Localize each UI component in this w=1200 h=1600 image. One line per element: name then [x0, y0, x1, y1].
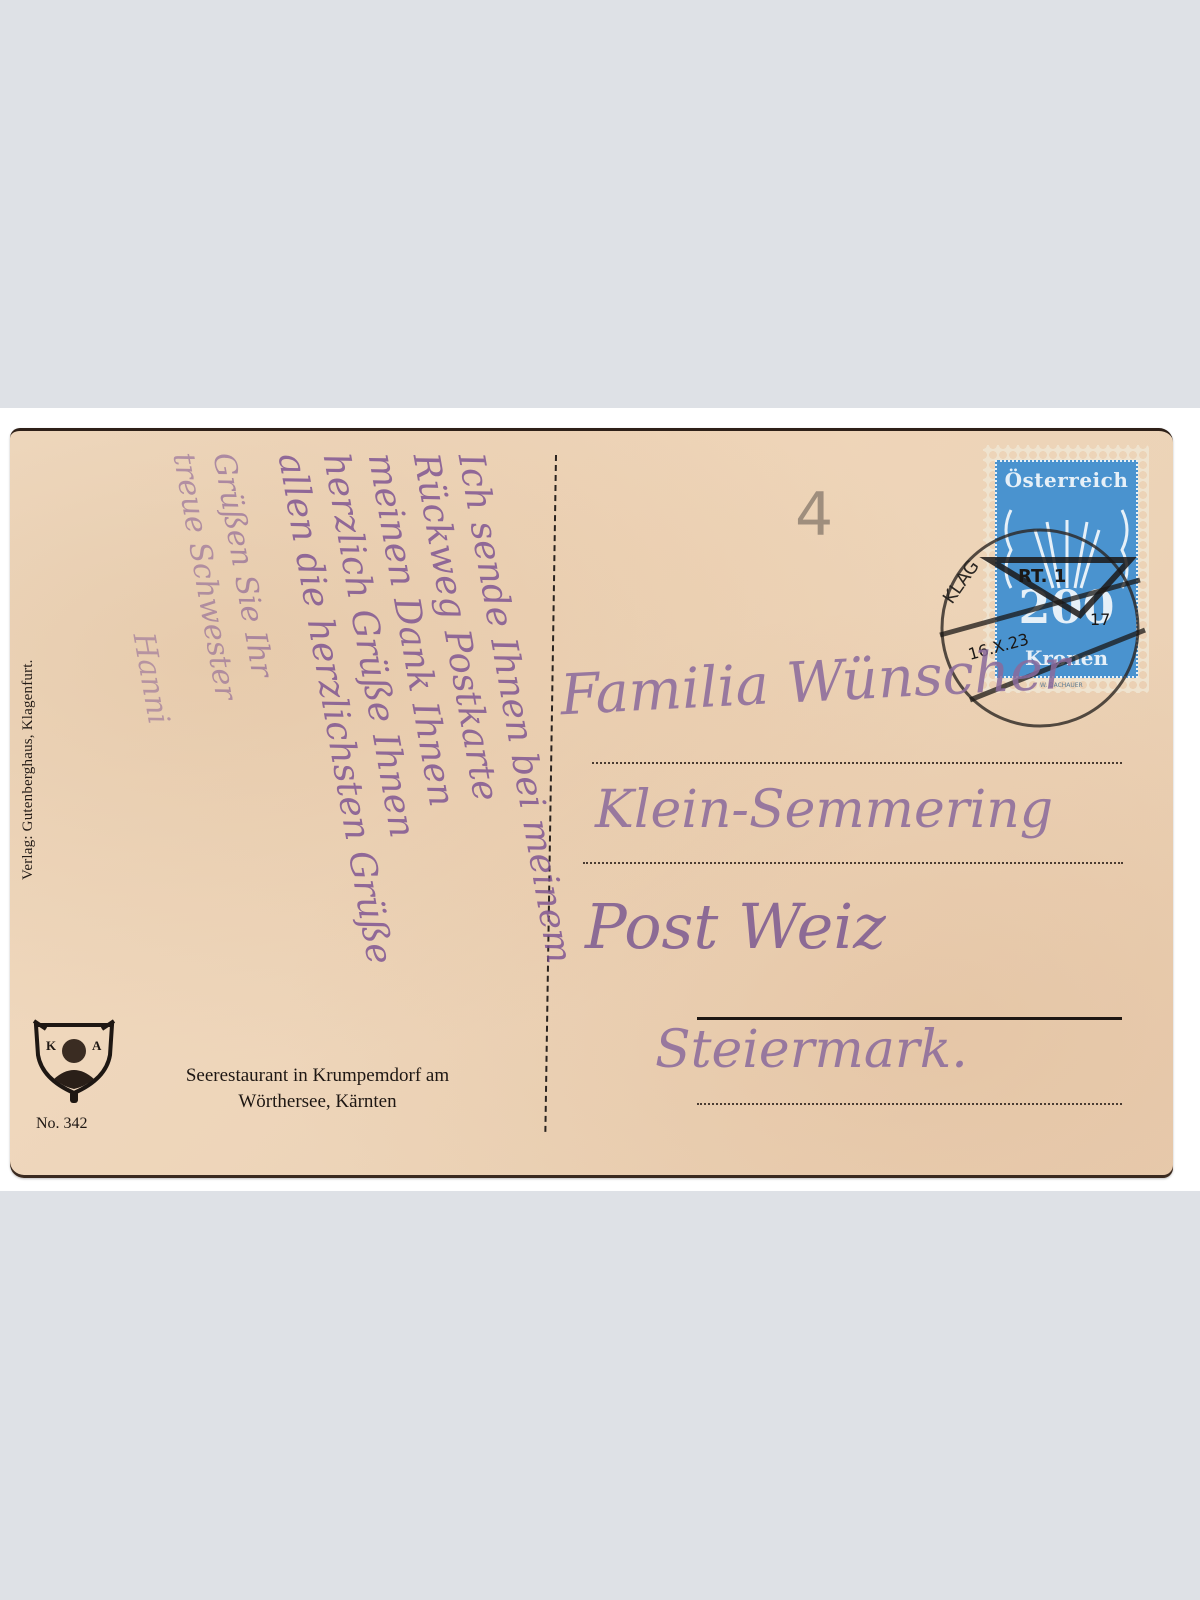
caption-line-2: Wörthersee, Kärnten — [125, 1089, 510, 1115]
pencil-note: 4 — [795, 480, 833, 550]
card-number: No. 342 — [36, 1115, 88, 1133]
caption-line-1: Seerestaurant in Krumpemdorf am — [125, 1063, 510, 1089]
address-locality: Klein-Semmering — [595, 780, 1053, 840]
crest-shield-icon: K A — [30, 1015, 118, 1105]
address-region: Steiermark. — [655, 1020, 968, 1080]
logo-letter-k: K — [46, 1038, 57, 1053]
publisher-imprint: Verlag: Gutenberghaus, Klagenfurt. — [20, 659, 37, 880]
address-line-4-rule — [697, 1103, 1122, 1105]
address-post-office: Post Weiz — [585, 890, 886, 963]
image-caption: Seerestaurant in Krumpemdorf am Wörthers… — [125, 1063, 510, 1115]
logo-letter-a: A — [92, 1038, 102, 1053]
wheat-sheaf-icon — [997, 500, 1136, 590]
address-line-2-rule — [583, 862, 1123, 864]
address-line-1-rule — [592, 762, 1122, 764]
stamp-value: 200 — [997, 580, 1136, 634]
stamp-country: Österreich — [997, 468, 1136, 492]
